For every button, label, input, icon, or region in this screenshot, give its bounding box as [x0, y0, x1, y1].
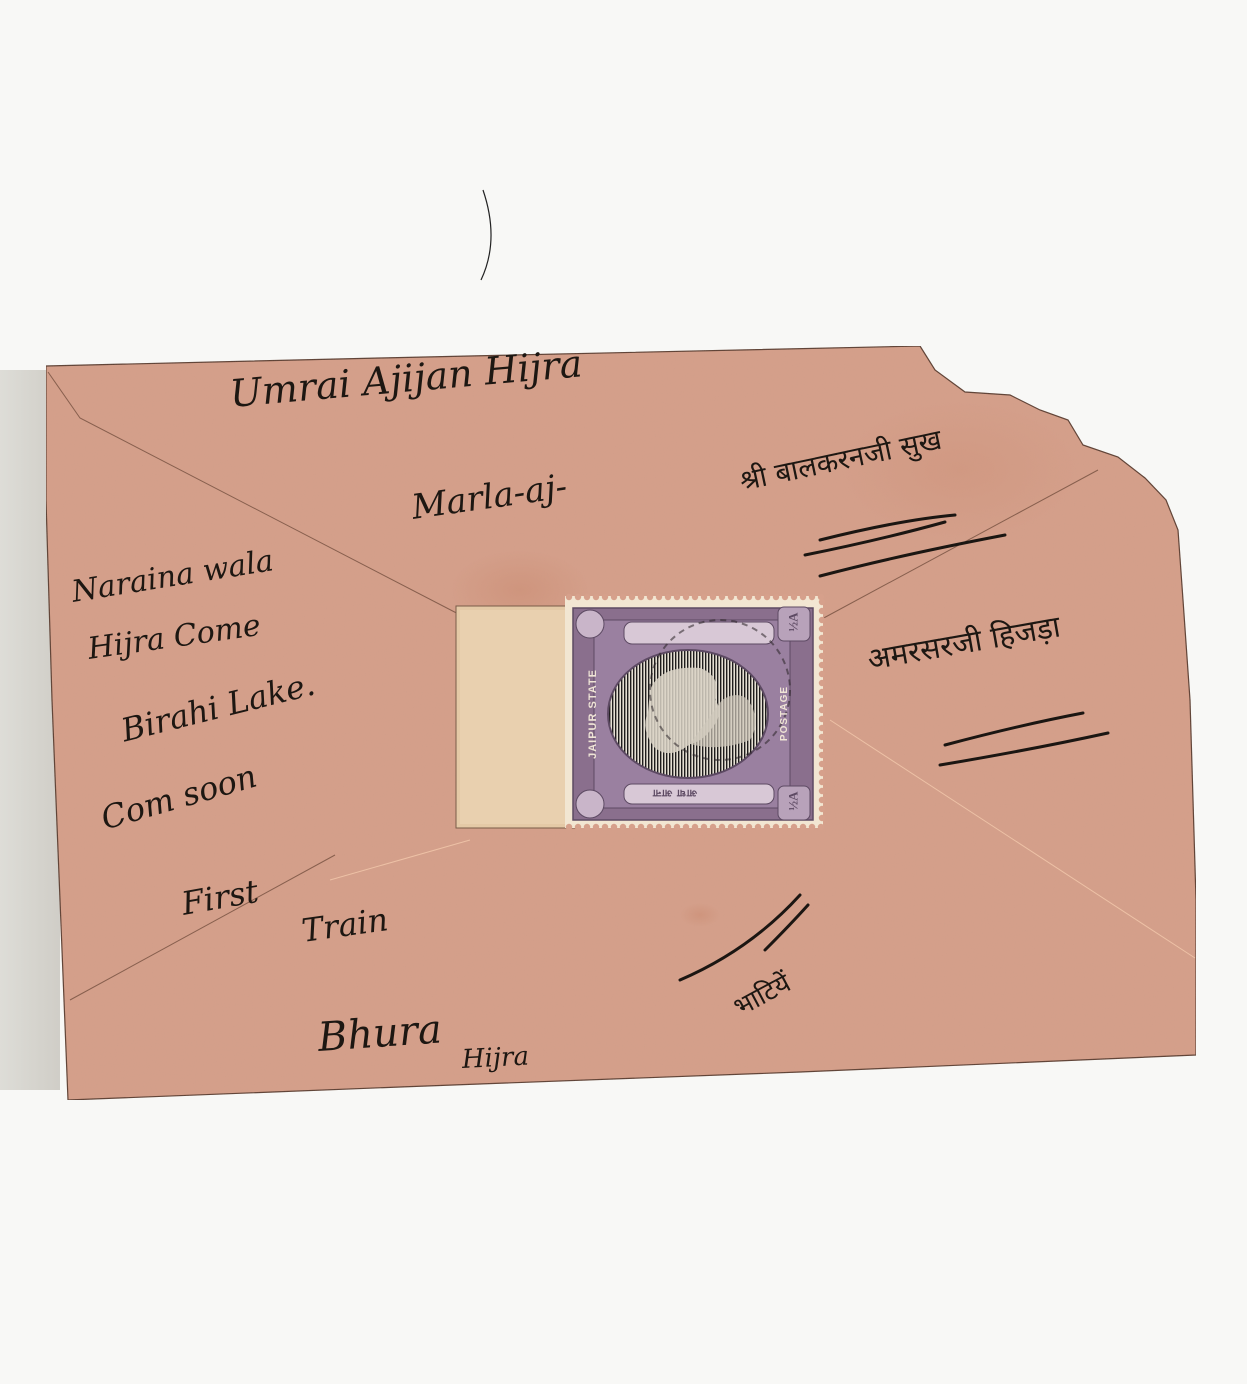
handwriting-signature-title: Hijra [461, 1042, 529, 1075]
stamp-issuer-text: JAIPUR STATE [587, 669, 599, 759]
stamp-postage-text: POSTAGE [779, 686, 790, 741]
stray-pen-stroke [481, 190, 491, 280]
stamp-denomination-bottom: ½A [786, 791, 802, 810]
envelope-illustration [0, 0, 1247, 1384]
handwriting-signature-name: Bhura [316, 1006, 443, 1061]
stamp-bottom-script: आधा आना [652, 787, 697, 801]
stamp-denomination-top: ½A [786, 612, 802, 631]
